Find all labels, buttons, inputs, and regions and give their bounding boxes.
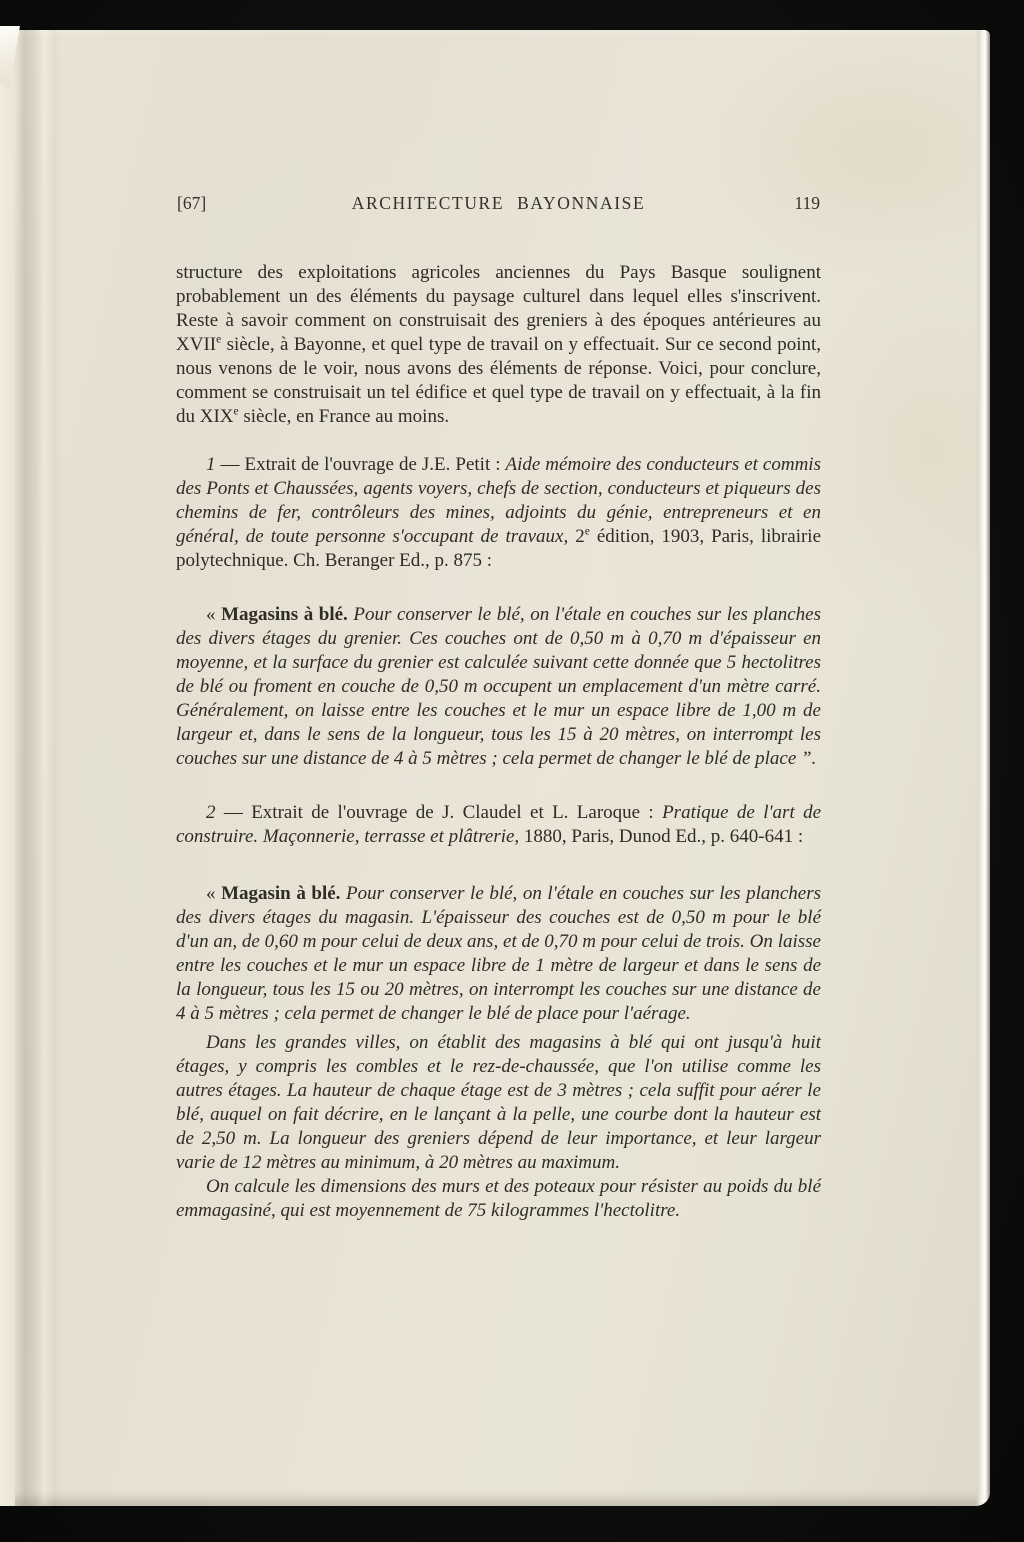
text-run: 1880, Paris, Dunod Ed., p. 640-641 : [519,826,803,847]
text-block: structure des exploitations agricoles an… [176,261,821,1223]
text-run: Magasin à blé. [221,883,340,904]
text-run: 2 [568,526,585,547]
text-run: Pour conserver le blé, on l'étale en cou… [176,883,821,1024]
text-run: — Extrait de l'ouvrage de J. Claudel et … [216,802,663,823]
running-title: ARCHITECTURE BAYONNAISE [176,193,821,214]
paragraph-7: On calcule les dimensions des murs et de… [176,1175,821,1223]
page-number: 119 [794,193,820,214]
spine-crease-shadow [14,30,62,1506]
text-run: siècle, en France au moins. [239,406,450,427]
text-run: 1 [206,454,216,475]
text-run: 2 [206,802,216,823]
book-page: [67] ARCHITECTURE BAYONNAISE 119 structu… [0,30,990,1506]
text-run: On calcule les dimensions des murs et de… [176,1176,821,1221]
spine-gutter [0,30,15,1506]
paragraph-6: Dans les grandes villes, on établit des … [176,1031,821,1175]
paragraph-3: « Magasins à blé. Pour conserver le blé,… [176,603,821,771]
underlying-page-corner [0,26,20,90]
text-run: Dans les grandes villes, on établit des … [176,1032,821,1173]
paragraph-1: structure des exploitations agricoles an… [176,261,821,429]
text-run: Pour conserver le blé, on l'étale en cou… [176,604,821,769]
paragraph-5: « Magasin à blé. Pour conserver le blé, … [176,882,821,1026]
text-run: « [206,883,221,904]
scan-background: { "page": { "header": { "left": "[67]", … [0,0,1024,1542]
text-run: Magasins à blé. [221,604,348,625]
column-number: [67] [177,193,206,214]
page-header: [67] ARCHITECTURE BAYONNAISE 119 [176,193,821,217]
text-run: — Extrait de l'ouvrage de J.E. Petit : [216,454,506,475]
page-stack-edge [976,30,990,1506]
paragraph-2: 1 — Extrait de l'ouvrage de J.E. Petit :… [176,453,821,573]
text-run: « [206,604,221,625]
paragraph-4: 2 — Extrait de l'ouvrage de J. Claudel e… [176,801,821,849]
